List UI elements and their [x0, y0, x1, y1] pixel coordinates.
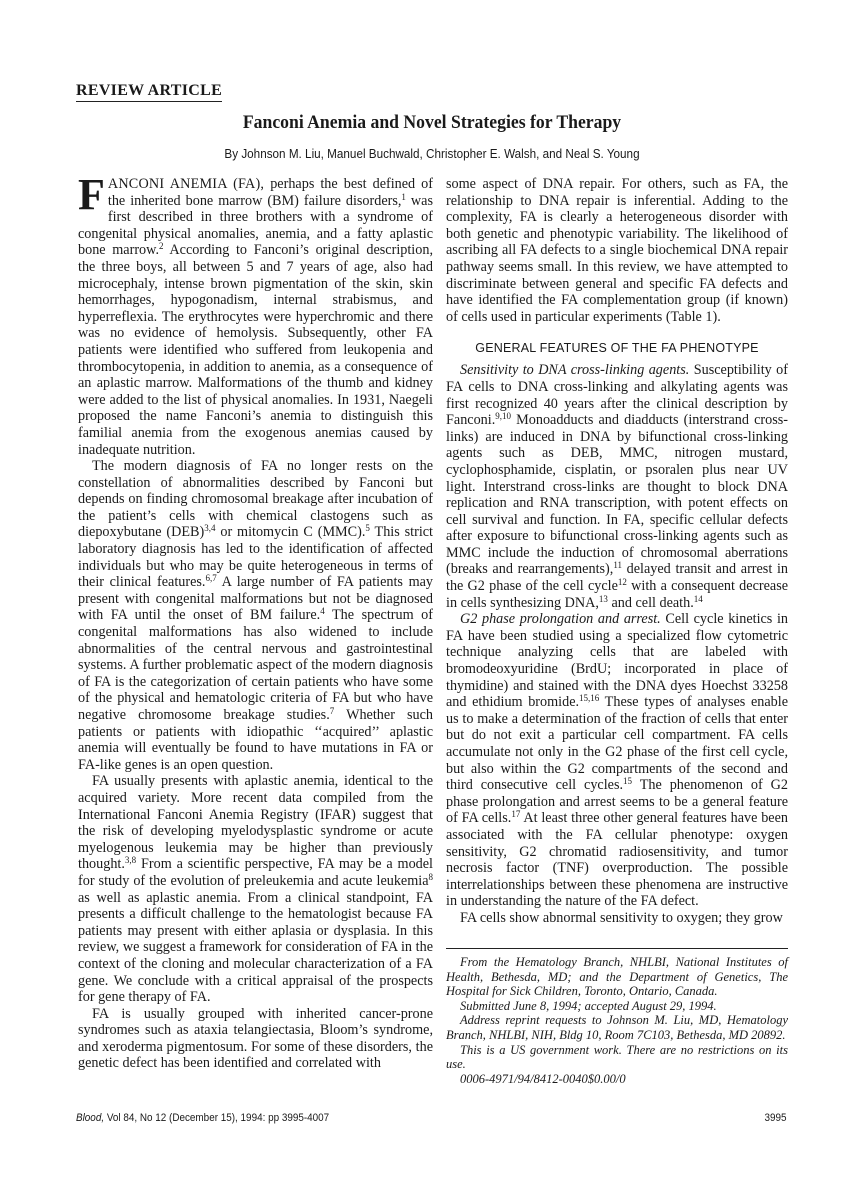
paper-page: REVIEW ARTICLE Fanconi Anemia and Novel …: [0, 0, 864, 1188]
paragraph-oxygen: FA cells show abnormal sensitivity to ox…: [446, 910, 788, 927]
text: some aspect of DNA repair. For others, s…: [446, 176, 788, 325]
text: as well as aplastic anemia. From a clini…: [78, 890, 433, 1006]
drop-cap: F: [78, 178, 105, 212]
citation-ref: 9,10: [495, 411, 511, 421]
footnote-reprints: Address reprint requests to Johnson M. L…: [446, 1013, 788, 1042]
paragraph-dna-repair: some aspect of DNA repair. For others, s…: [446, 176, 788, 325]
citation-ref: 17: [511, 809, 520, 819]
text: The spectrum of congenital malformations…: [78, 607, 433, 723]
text: FA is usually grouped with inherited can…: [78, 1006, 433, 1072]
left-column: FANCONI ANEMIA (FA), perhaps the best de…: [78, 176, 433, 1072]
paragraph-crosslinking: Sensitivity to DNA cross-linking agents.…: [446, 362, 788, 611]
footnote-rights: This is a US government work. There are …: [446, 1043, 788, 1072]
footnote-divider: [446, 948, 788, 949]
run-in-heading: G2 phase prolongation and arrest.: [460, 611, 661, 627]
author-line: By Johnson M. Liu, Manuel Buchwald, Chri…: [43, 146, 821, 162]
footnote-dates: Submitted June 8, 1994; accepted August …: [446, 999, 788, 1014]
citation-ref: 15: [623, 776, 632, 786]
run-in-heading: Sensitivity to DNA cross-linking agents.: [460, 362, 689, 378]
footnote-code: 0006-4971/94/8412-0040$0.00/0: [446, 1072, 788, 1087]
text: Monoadducts and diadducts (interstrand c…: [446, 412, 788, 577]
citation-ref: 11: [613, 560, 622, 570]
section-label: REVIEW ARTICLE: [76, 82, 222, 102]
paragraph-grouping: FA is usually grouped with inherited can…: [78, 1006, 433, 1072]
citation-ref: 12: [618, 577, 627, 587]
footnote-affiliation: From the Hematology Branch, NHLBI, Natio…: [446, 955, 788, 999]
article-title: Fanconi Anemia and Novel Strategies for …: [30, 111, 834, 135]
citation-ref: 3,4: [204, 523, 215, 533]
section-heading: GENERAL FEATURES OF THE FA PHENOTYPE: [446, 340, 788, 356]
text: or mitomycin C (MMC).: [215, 524, 365, 540]
citation-details: Vol 84, No 12 (December 15), 1994: pp 39…: [104, 1112, 329, 1124]
text: and cell death.: [608, 595, 694, 611]
citation-ref: 3,8: [125, 855, 136, 865]
citation-ref: 6,7: [205, 573, 216, 583]
paragraph-g2-phase: G2 phase prolongation and arrest. Cell c…: [446, 611, 788, 910]
right-column: some aspect of DNA repair. For others, s…: [446, 176, 788, 927]
text: According to Fanconi’s original descript…: [78, 242, 433, 457]
journal-name: Blood,: [76, 1112, 104, 1124]
paragraph-presentation: FA usually presents with aplastic anemia…: [78, 773, 433, 1005]
lead-caps: ANCONI ANEMIA (FA),: [108, 176, 264, 192]
page-number: 3995: [764, 1111, 786, 1125]
citation-ref: 8: [429, 872, 434, 882]
citation-ref: 14: [694, 594, 703, 604]
paragraph-diagnosis: The modern diagnosis of FA no longer res…: [78, 458, 433, 773]
journal-citation: Blood, Vol 84, No 12 (December 15), 1994…: [76, 1111, 329, 1125]
text: FA cells show abnormal sensitivity to ox…: [460, 910, 783, 926]
paragraph-intro: FANCONI ANEMIA (FA), perhaps the best de…: [78, 176, 433, 458]
citation-ref: 13: [599, 594, 608, 604]
footnotes: From the Hematology Branch, NHLBI, Natio…: [446, 955, 788, 1086]
citation-ref: 15,16: [579, 693, 599, 703]
